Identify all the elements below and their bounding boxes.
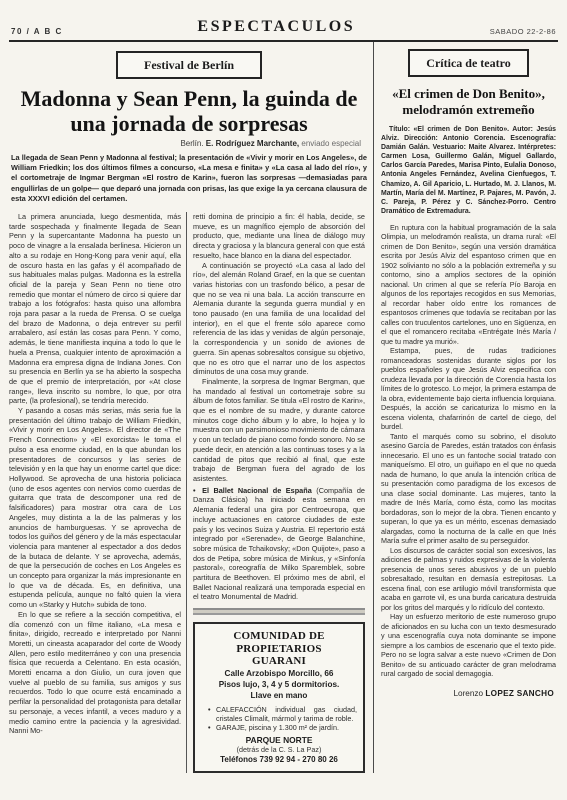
body-paragraph: A continuación se proyectó «La casa al l… <box>193 261 365 377</box>
byline-role: enviado especial <box>301 139 361 148</box>
teatro-credits-block: Título: «El crimen de Don Benito». Autor… <box>381 125 556 216</box>
festival-kicker-box: Festival de Berlín <box>116 51 262 79</box>
festival-kicker-label: Festival de Berlín <box>144 58 234 72</box>
masthead: 70 / A B C ESPECTACULOS SABADO 22-2-86 <box>9 14 558 42</box>
signature-first-name: Lorenzo <box>453 689 483 698</box>
ad-feature-item: CALEFACCIÓN individual gas ciudad, crist… <box>216 705 357 724</box>
ad-title-line1: COMUNIDAD DE PROPIETARIOS <box>201 630 357 655</box>
section-title: ESPECTACULOS <box>197 18 355 36</box>
bullet-icon: • <box>193 486 196 495</box>
page-folio: 70 / A B C <box>11 27 63 36</box>
ballet-item-text: (Compañía de Danza Clásica) ha iniciado … <box>193 486 365 602</box>
body-paragraph: La primera anunciada, luego desmentida, … <box>9 212 181 406</box>
teatro-kicker-label: Crítica de teatro <box>426 56 510 70</box>
newspaper-page: 70 / A B C ESPECTACULOS SABADO 22-2-86 F… <box>0 0 567 773</box>
guarani-ad-box: COMUNIDAD DE PROPIETARIOS GUARANI Calle … <box>193 622 365 772</box>
review-paragraph: Estampa, pues, de rudas tradiciones roma… <box>381 346 556 432</box>
ad-title-line2: GUARANI <box>201 655 357 668</box>
byline-author: E. Rodríguez Marchante, <box>206 139 299 148</box>
body-paragraph: Finalmente, la sorpresa de Ingmar Bergma… <box>193 377 365 484</box>
page-content: Festival de Berlín Madonna y Sean Penn, … <box>9 42 558 773</box>
theater-review: Crítica de teatro «El crimen de Don Beni… <box>373 42 558 773</box>
body-paragraph: retti domina de principio a fin: él habl… <box>193 212 365 261</box>
ad-feature-list: CALEFACCIÓN individual gas ciudad, crist… <box>201 705 357 733</box>
festival-column-1: La primera anunciada, luego desmentida, … <box>9 212 186 773</box>
review-paragraph: Hay un esfuerzo meritorio de este numero… <box>381 612 556 679</box>
ad-location: PARQUE NORTE <box>201 735 357 745</box>
review-paragraph: Tanto el marqués como su sobrino, el dis… <box>381 432 556 546</box>
article-end-rule <box>193 608 365 615</box>
festival-byline: Berlín. E. Rodríguez Marchante, enviado … <box>9 139 361 148</box>
festival-body-columns: La primera anunciada, luego desmentida, … <box>9 212 369 773</box>
page-date: SABADO 22-2-86 <box>490 27 556 36</box>
review-paragraph: En ruptura con la habitual programación … <box>381 223 556 347</box>
festival-column-2: retti domina de principio a fin: él habl… <box>186 212 365 773</box>
ad-feature-item: GARAJE, piscina y 1.300 m² de jardín. <box>216 723 357 732</box>
ad-offer-line: Pisos lujo, 3, 4 y 5 dormitorios. <box>201 680 357 690</box>
signature-last-name: LOPEZ SANCHO <box>485 689 554 698</box>
body-paragraph: En lo que se refiere a la sección compet… <box>9 610 181 736</box>
festival-headline: Madonna y Sean Penn, la guinda de una jo… <box>13 86 365 136</box>
ad-address: Calle Arzobispo Morcillo, 66 <box>201 669 357 679</box>
teatro-kicker-box: Crítica de teatro <box>408 49 528 77</box>
festival-lead-paragraph: La llegada de Sean Penn y Madonna al fes… <box>11 153 367 204</box>
review-paragraph: Los discursos de carácter social son exc… <box>381 546 556 613</box>
ballet-news-item: • El Ballet Nacional de España (Compañía… <box>193 486 365 602</box>
ballet-item-lead: El Ballet Nacional de España <box>202 486 312 495</box>
ad-offer-line: Llave en mano <box>201 691 357 701</box>
body-paragraph: Y pasando a cosas más serias, más seria … <box>9 406 181 610</box>
review-signature: Lorenzo LOPEZ SANCHO <box>381 689 554 698</box>
ad-location-note: (detrás de la C. S. La Paz) <box>201 745 357 754</box>
ad-phone-numbers: Teléfonos 739 92 94 - 270 80 26 <box>201 755 357 764</box>
byline-city: Berlín. <box>180 139 203 148</box>
teatro-headline: «El crimen de Don Benito», melodramón ex… <box>383 86 554 117</box>
festival-article: Festival de Berlín Madonna y Sean Penn, … <box>9 42 373 773</box>
